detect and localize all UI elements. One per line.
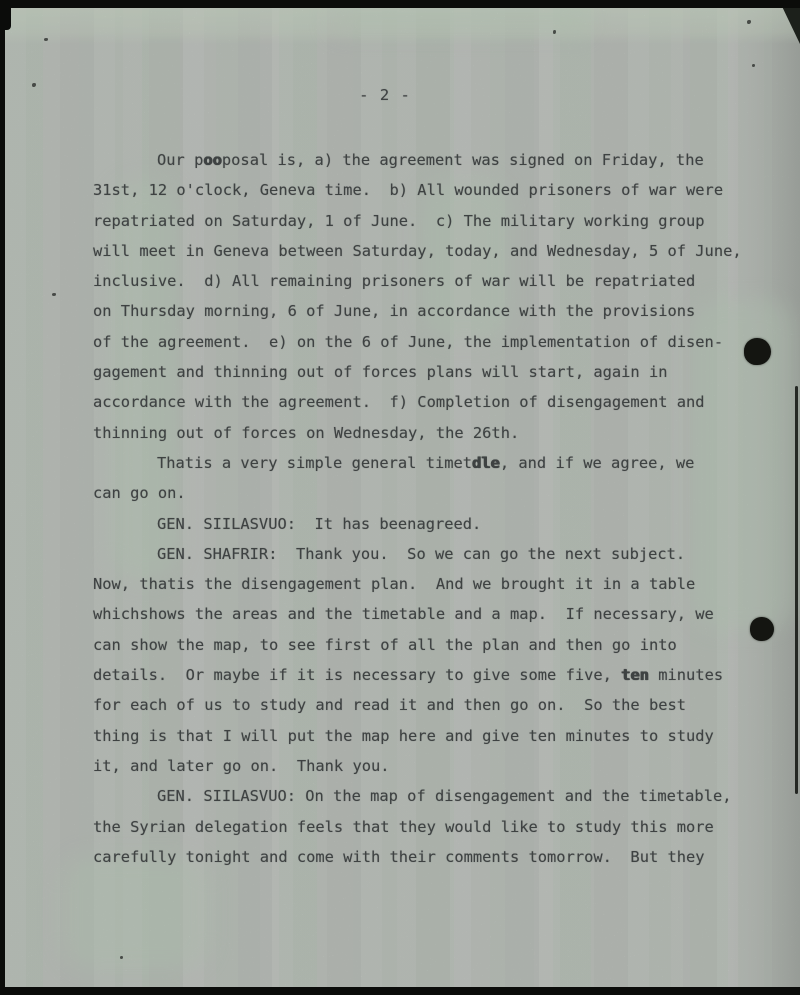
text-segment: Our p xyxy=(157,151,203,169)
text-segment: accordance with the agreement. f) Comple… xyxy=(93,393,705,411)
text-line: Our pooposal is, a) the agreement was si… xyxy=(93,145,773,175)
text-segment: of the agreement. e) on the 6 of June, t… xyxy=(93,333,723,351)
paper-tint-patch xyxy=(330,8,590,34)
text-line: 31st, 12 o'clock, Geneva time. b) All wo… xyxy=(93,175,773,205)
text-line: for each of us to study and read it and … xyxy=(93,690,773,720)
paper-tint-patch xyxy=(60,855,210,970)
text-segment: Thatis a very simple general timet xyxy=(157,454,472,472)
text-segment: GEN. SIILASVUO: On the map of disengagem… xyxy=(157,787,732,805)
scanned-document-page: - 2 - Our pooposal is, a) the agreement … xyxy=(0,0,800,995)
text-line: can show the map, to see first of all th… xyxy=(93,630,773,660)
overstruck-text: dle xyxy=(472,454,500,472)
overstruck-text: oo xyxy=(203,151,222,169)
text-line: can go on. xyxy=(93,478,773,508)
scan-edge-top xyxy=(0,0,800,8)
text-line: details. Or maybe if it is necessary to … xyxy=(93,660,773,690)
text-segment: for each of us to study and read it and … xyxy=(93,696,686,714)
text-line: of the agreement. e) on the 6 of June, t… xyxy=(93,327,773,357)
text-line: GEN. SIILASVUO: It has beenagreed. xyxy=(93,509,773,539)
text-segment: 31st, 12 o'clock, Geneva time. b) All wo… xyxy=(93,181,723,199)
overstruck-text: ten xyxy=(621,666,649,684)
text-segment: on Thursday morning, 6 of June, in accor… xyxy=(93,302,695,320)
text-segment: whichshows the areas and the timetable a… xyxy=(93,605,714,623)
text-line: Now, thatis the disengagement plan. And … xyxy=(93,569,773,599)
text-line: thinning out of forces on Wednesday, the… xyxy=(93,418,773,448)
text-line: repatriated on Saturday, 1 of June. c) T… xyxy=(93,206,773,236)
document-text: Our pooposal is, a) the agreement was si… xyxy=(93,145,773,872)
text-line: GEN. SIILASVUO: On the map of disengagem… xyxy=(93,781,773,811)
hole-punch-mark xyxy=(750,617,774,641)
text-segment: can go on. xyxy=(93,484,186,502)
text-line: Thatis a very simple general timetdle, a… xyxy=(93,448,773,478)
text-segment: gagement and thinning out of forces plan… xyxy=(93,363,668,381)
text-segment: thinning out of forces on Wednesday, the… xyxy=(93,424,519,442)
text-segment: carefully tonight and come with their co… xyxy=(93,848,705,866)
text-line: it, and later go on. Thank you. xyxy=(93,751,773,781)
text-segment: can show the map, to see first of all th… xyxy=(93,636,677,654)
hole-punch-mark xyxy=(744,338,771,365)
text-segment: the Syrian delegation feels that they wo… xyxy=(93,818,714,836)
text-line: carefully tonight and come with their co… xyxy=(93,842,773,872)
text-segment: repatriated on Saturday, 1 of June. c) T… xyxy=(93,212,705,230)
text-segment: thing is that I will put the map here an… xyxy=(93,727,714,745)
text-segment: GEN. SIILASVUO: It has beenagreed. xyxy=(157,515,481,533)
text-line: the Syrian delegation feels that they wo… xyxy=(93,812,773,842)
text-line: accordance with the agreement. f) Comple… xyxy=(93,387,773,417)
text-segment: details. Or maybe if it is necessary to … xyxy=(93,666,621,684)
text-segment: inclusive. d) All remaining prisoners of… xyxy=(93,272,695,290)
text-segment: it, and later go on. Thank you. xyxy=(93,757,390,775)
text-line: on Thursday morning, 6 of June, in accor… xyxy=(93,296,773,326)
text-segment: Now, thatis the disengagement plan. And … xyxy=(93,575,695,593)
scan-edge-left xyxy=(0,0,5,995)
text-segment: will meet in Geneva between Saturday, to… xyxy=(93,242,742,260)
text-line: whichshows the areas and the timetable a… xyxy=(93,599,773,629)
text-segment: GEN. SHAFRIR: Thank you. So we can go th… xyxy=(157,545,685,563)
text-line: inclusive. d) All remaining prisoners of… xyxy=(93,266,773,296)
scan-edge-bottom xyxy=(0,987,800,995)
text-line: gagement and thinning out of forces plan… xyxy=(93,357,773,387)
text-segment: , and if we agree, we xyxy=(500,454,695,472)
text-line: GEN. SHAFRIR: Thank you. So we can go th… xyxy=(93,539,773,569)
scan-corner-top-left xyxy=(0,0,11,30)
text-line: thing is that I will put the map here an… xyxy=(93,721,773,751)
scan-edge-right-line xyxy=(795,386,798,794)
text-segment: minutes xyxy=(649,666,723,684)
text-segment: posal is, a) the agreement was signed on… xyxy=(222,151,704,169)
text-line: will meet in Geneva between Saturday, to… xyxy=(93,236,773,266)
page-number: - 2 - xyxy=(343,86,427,104)
